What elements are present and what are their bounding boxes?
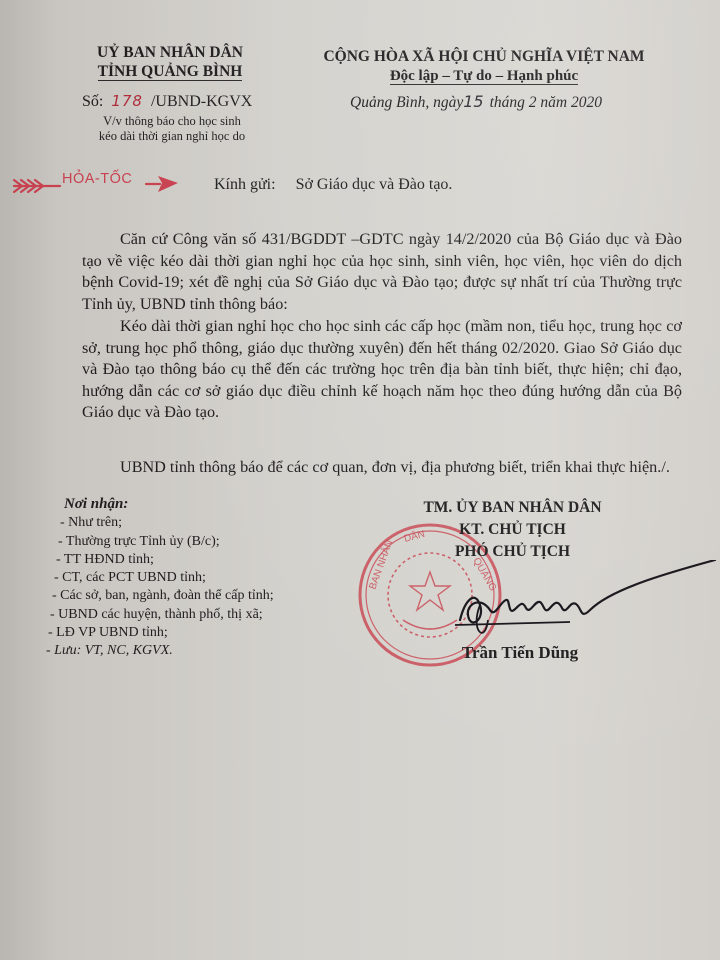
distribution-item: - Như trên; [60, 514, 274, 532]
photo-lighting-overlay [0, 0, 720, 960]
date-prefix: Quảng Bình, ngày [350, 94, 463, 111]
body-paragraph-1: Căn cứ Công văn số 431/BGDDT –GDTC ngày … [82, 229, 682, 315]
recipient-value: Sở Giáo dục và Đào tạo. [296, 176, 453, 193]
signer-name: Trần Tiến Dũng [410, 643, 630, 663]
paragraph-text: UBND tỉnh thông báo để các cơ quan, đơn … [82, 457, 682, 479]
issuer-name: UỶ BAN NHÂN DÂN [93, 44, 247, 62]
paragraph-text: Kéo dài thời gian nghỉ học cho học sinh … [82, 316, 682, 424]
distribution-item: - CT, các PCT UBND tỉnh; [54, 569, 274, 587]
national-motto-text: Độc lập – Tự do – Hạnh phúc [390, 68, 578, 85]
distribution-item: - Lưu: VT, NC, KGVX. [46, 642, 274, 660]
distribution-title: Nơi nhận: [64, 496, 128, 512]
signature-block: TM. ỦY BAN NHÂN DÂN KT. CHỦ TỊCH PHÓ CHỦ… [380, 497, 645, 563]
body-paragraph-3: UBND tỉnh thông báo để các cơ quan, đơn … [82, 457, 682, 479]
distribution-item: - LĐ VP UBND tỉnh; [48, 624, 274, 642]
distribution-list: Nơi nhận: - Như trên; - Thường trực Tỉnh… [48, 495, 274, 661]
urgency-stamp-label: HỎA-TỐC [62, 171, 132, 187]
distribution-item: - TT HĐND tỉnh; [56, 551, 274, 569]
national-motto: Độc lập – Tự do – Hạnh phúc [304, 68, 664, 85]
subject-line-1: V/v thông báo cho học sinh [82, 114, 262, 129]
handwritten-signature-icon [440, 560, 720, 640]
signature-line-1: TM. ỦY BAN NHÂN DÂN [380, 497, 645, 519]
paragraph-text: Căn cứ Công văn số 431/BGDDT –GDTC ngày … [82, 229, 682, 315]
distribution-item: - Các sở, ban, ngành, đoàn thể cấp tỉnh; [52, 587, 274, 605]
national-title: CỘNG HÒA XÃ HỘI CHỦ NGHĨA VIỆT NAM [304, 48, 664, 66]
recipient-label: Kính gửi: [214, 176, 276, 193]
distribution-item: - Thường trực Tỉnh ủy (B/c); [58, 533, 274, 551]
document-page: UỶ BAN NHÂN DÂN TỈNH QUẢNG BÌNH Số: 178 … [0, 0, 720, 960]
doc-number-handwritten: 178 [111, 92, 143, 110]
date-day-handwritten: 15 [463, 92, 483, 111]
distribution-item: - UBND các huyện, thành phố, thị xã; [50, 606, 274, 624]
subject-line-2: kéo dài thời gian nghỉ học do [82, 129, 262, 144]
document-number: Số: 178 /UBND-KGVX [82, 92, 252, 111]
issuer-province: TỈNH QUẢNG BÌNH [93, 63, 247, 81]
issuer-province-text: TỈNH QUẢNG BÌNH [98, 63, 243, 81]
date-line: Quảng Bình, ngày15tháng 2 năm 2020 [350, 92, 602, 112]
recipient-line: Kính gửi: Sở Giáo dục và Đào tạo. [214, 176, 452, 194]
date-suffix: tháng 2 năm 2020 [490, 94, 602, 111]
body-paragraph-2: Kéo dài thời gian nghỉ học cho học sinh … [82, 316, 682, 424]
signature-line-2: KT. CHỦ TỊCH [380, 519, 645, 541]
doc-number-label: Số: [82, 93, 103, 110]
doc-number-suffix: /UBND-KGVX [151, 93, 252, 110]
